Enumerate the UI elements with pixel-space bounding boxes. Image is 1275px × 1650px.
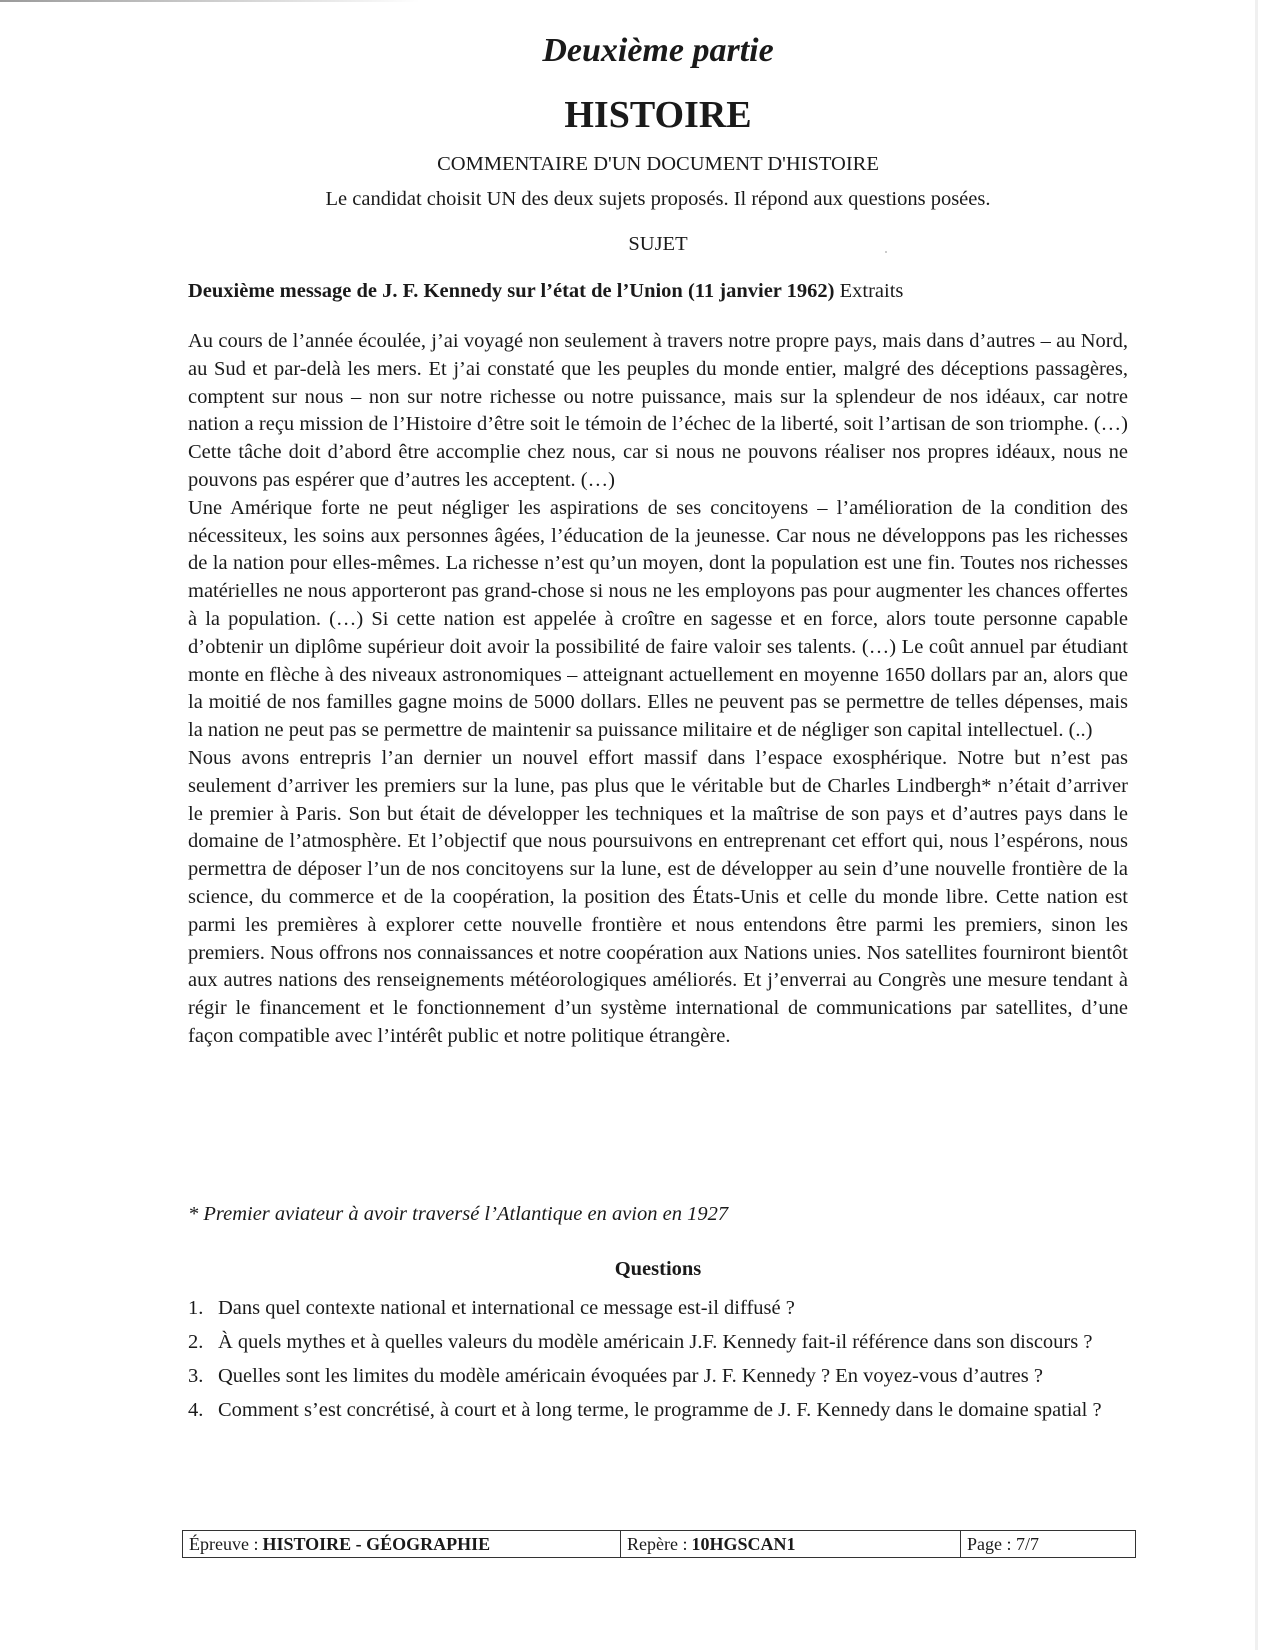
page-number: Page : 7/7 [967,1534,1039,1555]
document-title-suffix: Extraits [834,280,903,302]
exercise-subtitle: COMMENTAIRE D'UN DOCUMENT D'HISTOIRE [188,153,1128,176]
question-text: Comment s’est concrétisé, à court et à l… [218,1399,1102,1421]
repere-label: Repère : [627,1534,687,1555]
question-text: Quelles sont les limites du modèle améri… [218,1365,1043,1387]
scan-edge-top [0,0,420,2]
excerpt-paragraph: Une Amérique forte ne peut négliger les … [188,495,1128,745]
question-item: 4.Comment s’est concrétisé, à court et à… [188,1396,1128,1425]
question-number: 1. [188,1294,203,1323]
repere-value: 10HGSCAN1 [691,1534,795,1555]
epreuve-value: HISTOIRE - GÉOGRAPHIE [262,1534,490,1555]
question-number: 3. [188,1362,203,1391]
footnote: * Premier aviateur à avoir traversé l’At… [188,1203,1128,1226]
questions-list: 1.Dans quel contexte national et interna… [188,1294,1128,1430]
footer-repere: Repère :10HGSCAN1 [620,1531,960,1557]
question-text: Dans quel contexte national et internati… [218,1297,795,1319]
sujet-label: SUJET [188,233,1128,256]
document-title: Deuxième message de J. F. Kennedy sur l’… [188,280,834,302]
footer-page: Page : 7/7 [960,1531,1135,1557]
document-heading: Deuxième message de J. F. Kennedy sur l’… [188,280,1128,303]
question-item: 3.Quelles sont les limites du modèle amé… [188,1362,1128,1391]
footer-epreuve: Épreuve :HISTOIRE - GÉOGRAPHIE [183,1531,620,1557]
scan-edge-right [1255,0,1258,1650]
part-title: Deuxième partie [188,32,1128,70]
footer-table: Épreuve :HISTOIRE - GÉOGRAPHIE Repère :1… [182,1530,1136,1558]
instructions: Le candidat choisit UN des deux sujets p… [188,188,1128,211]
main-title: HISTOIRE [188,93,1128,137]
excerpt-paragraph: Au cours de l’année écoulée, j’ai voyagé… [188,328,1128,495]
question-item: 1.Dans quel contexte national et interna… [188,1294,1128,1323]
excerpt-paragraph: Nous avons entrepris l’an dernier un nou… [188,745,1128,1051]
question-text: À quels mythes et à quelles valeurs du m… [218,1331,1092,1353]
question-item: 2.À quels mythes et à quelles valeurs du… [188,1328,1128,1357]
question-number: 2. [188,1328,203,1357]
questions-title: Questions [188,1258,1128,1281]
epreuve-label: Épreuve : [189,1534,258,1555]
document-excerpt: Au cours de l’année écoulée, j’ai voyagé… [188,328,1128,1051]
question-number: 4. [188,1396,203,1425]
